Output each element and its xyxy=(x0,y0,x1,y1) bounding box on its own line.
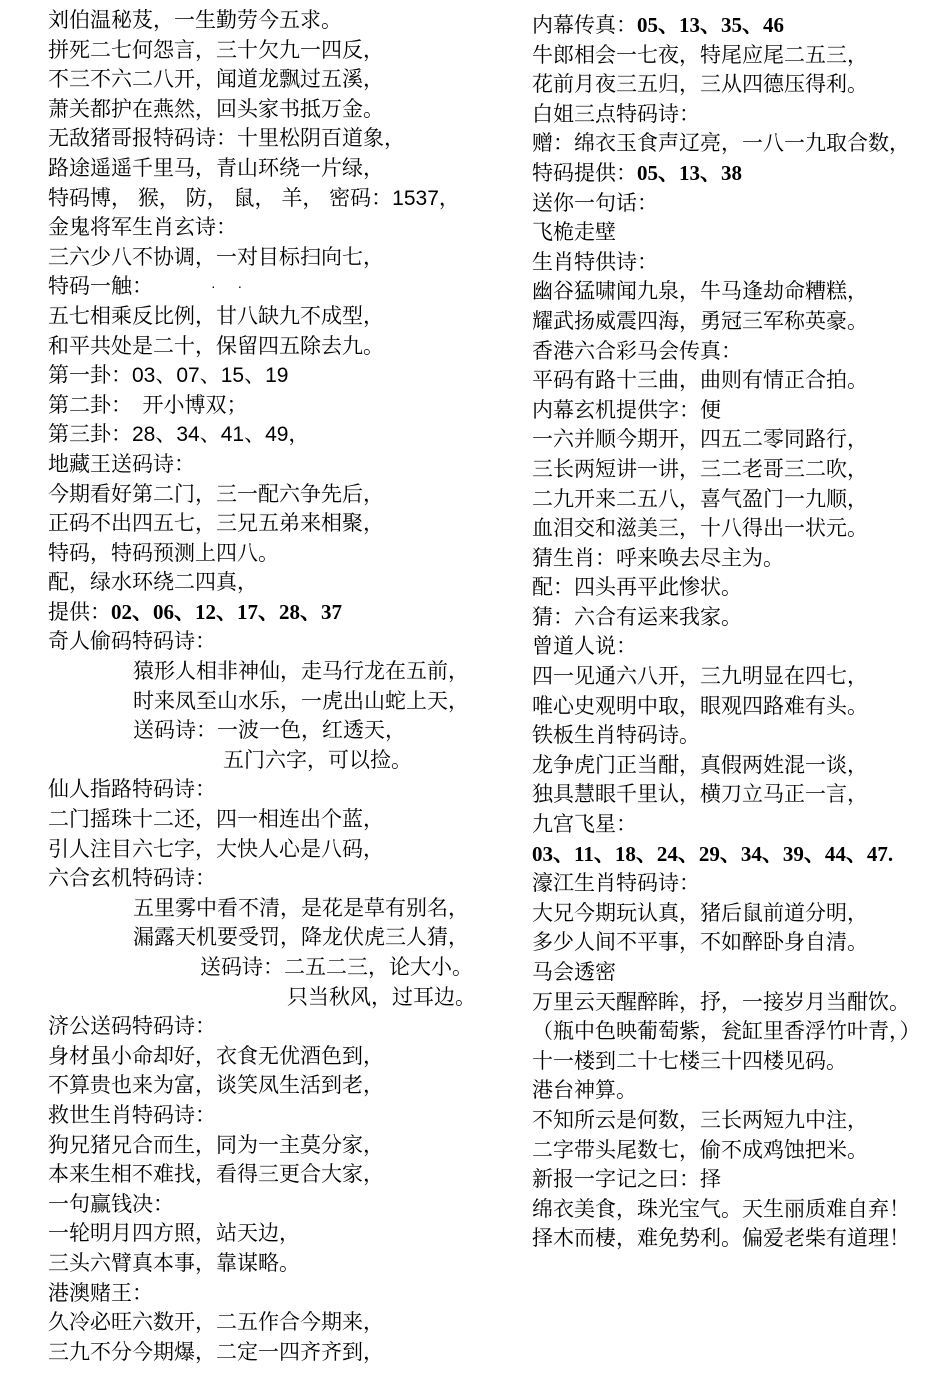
text-segment: 猜：六合有运来我家。 xyxy=(532,606,742,629)
text-segment: 猜生肖：呼来唤去尽主为。 xyxy=(532,547,784,570)
text-segment: 引人注目六七字，大快人心是八码， xyxy=(48,838,384,861)
text-segment: 曾道人说： xyxy=(532,635,637,658)
text-segment: 五七相乘反比例，甘八缺九不成型， xyxy=(48,305,384,328)
text-line: 身材虽小命却好，衣食无优酒色到， xyxy=(48,1042,508,1072)
text-line: 刘伯温秘芨，一生勤劳今五求。 xyxy=(48,6,508,36)
text-segment: 五里雾中看不清，是花是草有别名， xyxy=(133,897,469,920)
text-segment: 绵衣美食，珠光宝气。天生丽质难自弃！ xyxy=(532,1198,910,1221)
text-segment: 四一见通六八开，三九明显在四七， xyxy=(532,665,868,688)
text-line: 漏露天机要受罚，降龙伏虎三人猜， xyxy=(48,923,508,953)
text-line: 大兄今期玩认真，猪后鼠前道分明， xyxy=(532,899,932,929)
text-line: 路途遥遥千里马，青山环绕一片绿， xyxy=(48,154,508,184)
right-column: 内幕传真：05、13、35、46牛郎相会一七夜，特尾应尾二五三，花前月夜三五归，… xyxy=(532,11,932,1254)
text-segment: 送你一句话： xyxy=(532,192,658,215)
text-line: 拼死二七何怨言，三十欠九一四反， xyxy=(48,36,508,66)
text-segment: 飞桅走壁 xyxy=(532,221,616,244)
text-segment: 只当秋风，过耳边。 xyxy=(287,986,476,1009)
text-segment: 濠江生肖特码诗： xyxy=(532,872,700,895)
text-segment: 内幕玄机提供字：便 xyxy=(532,399,721,422)
text-segment: 萧关都护在燕然，回头家书抵万金。 xyxy=(48,98,384,121)
text-line: 血泪交和滋美三，十八得出一状元。 xyxy=(532,514,932,544)
text-line: 猜：六合有运来我家。 xyxy=(532,603,932,633)
text-line: 特码，特码预测上四八。 xyxy=(48,539,508,569)
text-segment: 香港六合彩马会传真： xyxy=(532,340,742,363)
text-segment: 本来生相不难找，看得三更合大家， xyxy=(48,1163,384,1186)
text-segment: 拼死二七何怨言，三十欠九一四反， xyxy=(48,39,384,62)
text-segment: 三头六臂真本事，靠谋略。 xyxy=(48,1252,300,1275)
text-line: 第一卦：03、07、15、19 xyxy=(48,361,508,391)
text-line: 平码有路十三曲，曲则有情正合拍。 xyxy=(532,366,932,396)
text-segment: 久冷必旺六数开，二五作合今期来， xyxy=(48,1311,384,1334)
text-line: 不三不六二八开，闻道龙飘过五溪， xyxy=(48,65,508,95)
text-line: 送你一句话： xyxy=(532,189,932,219)
text-line: 奇人偷码特码诗： xyxy=(48,627,508,657)
text-segment: 二九开来二五八，喜气盈门一九顺， xyxy=(532,488,868,511)
text-segment: 港澳赌王： xyxy=(48,1282,153,1305)
text-segment: 内幕传真： xyxy=(532,14,637,37)
text-line: 多少人间不平事，不如醉卧身自清。 xyxy=(532,928,932,958)
text-segment: 奇人偷码特码诗： xyxy=(48,630,216,653)
bold-numbers: 03、11、18、24、29、34、39、44、47. xyxy=(532,842,893,866)
text-line: 择木而棲，难免势利。偏爱老柴有道理！ xyxy=(532,1224,932,1254)
text-line: 正码不出四五七，三兄五弟来相聚， xyxy=(48,509,508,539)
text-segment: 特码，特码预测上四八。 xyxy=(48,542,279,565)
text-line: 内幕传真：05、13、35、46 xyxy=(532,11,932,41)
document-page: 刘伯温秘芨，一生勤劳今五求。拼死二七何怨言，三十欠九一四反，不三不六二八开，闻道… xyxy=(0,0,935,1388)
text-line: 九宫飞星： xyxy=(532,810,932,840)
text-line: 龙争虎门正当酣，真假两姓混一谈， xyxy=(532,751,932,781)
text-line: 时来凤至山水乐，一虎出山蛇上天， xyxy=(48,687,508,717)
text-segment: 仙人指路特码诗： xyxy=(48,778,216,801)
text-segment: 多少人间不平事，不如醉卧身自清。 xyxy=(532,931,868,954)
text-segment: 血泪交和滋美三，十八得出一状元。 xyxy=(532,517,868,540)
text-line: 不算贵也来为富，谈笑凤生活到老， xyxy=(48,1071,508,1101)
text-segment: 配，绿水环绕二四真， xyxy=(48,571,258,594)
bold-numbers: 02、06、12、17、28、37 xyxy=(111,600,342,624)
text-line: 濠江生肖特码诗： xyxy=(532,869,932,899)
text-segment: 和平共处是二十，保留四五除去九。 xyxy=(48,335,384,358)
text-segment: 一句赢钱决： xyxy=(48,1193,174,1216)
text-line: 新报一字记之曰：择 xyxy=(532,1165,932,1195)
text-segment: 白姐三点特码诗： xyxy=(532,103,700,126)
text-segment: 送码诗：二五二三，论大小。 xyxy=(200,956,473,979)
text-segment: 三九不分今期爆，二定一四齐齐到， xyxy=(48,1341,384,1364)
text-line: 唯心史观明中取，眼观四路难有头。 xyxy=(532,692,932,722)
text-segment: 送码诗：一波一色，红透天， xyxy=(133,719,406,742)
text-segment: 提供： xyxy=(48,601,111,624)
text-line: 五门六字，可以捡。 xyxy=(48,746,508,776)
text-segment: 地藏王送码诗： xyxy=(48,453,195,476)
text-segment: 龙争虎门正当酣，真假两姓混一谈， xyxy=(532,754,868,777)
text-line: 不知所云是何数，三长两短九中注， xyxy=(532,1106,932,1136)
text-line: 本来生相不难找，看得三更合大家， xyxy=(48,1160,508,1190)
text-line: 配，绿水环绕二四真， xyxy=(48,568,508,598)
text-line: 狗兄猪兄合而生，同为一主莫分家， xyxy=(48,1131,508,1161)
text-line: 港澳赌王： xyxy=(48,1279,508,1309)
text-line: 救世生肖特码诗： xyxy=(48,1101,508,1131)
text-segment: 三长两短讲一讲，三二老哥三二吹， xyxy=(532,458,868,481)
text-segment: （瓶中色映葡萄紫，瓮缸里香浮竹叶青，） xyxy=(532,1020,921,1043)
text-line: 三九不分今期爆，二定一四齐齐到， xyxy=(48,1338,508,1368)
text-line: 和平共处是二十，保留四五除去九。 xyxy=(48,332,508,362)
text-segment: 港台神算。 xyxy=(532,1079,637,1102)
text-line: 赠：绵衣玉食声辽亮，一八一九取合数， xyxy=(532,129,932,159)
text-segment: 唯心史观明中取，眼观四路难有头。 xyxy=(532,695,868,718)
text-segment: 时来凤至山水乐，一虎出山蛇上天， xyxy=(133,690,469,713)
text-line: 绵衣美食，珠光宝气。天生丽质难自弃！ xyxy=(532,1195,932,1225)
bold-numbers: 05、13、35、46 xyxy=(637,13,784,37)
text-line: 配：四头再平此惨状。 xyxy=(532,573,932,603)
text-segment: 特码一触： xyxy=(48,275,153,298)
text-line: 内幕玄机提供字：便 xyxy=(532,396,932,426)
text-segment: 牛郎相会一七夜，特尾应尾二五三， xyxy=(532,44,868,67)
text-line: 送码诗：二五二三，论大小。 xyxy=(48,953,508,983)
text-line: 二字带头尾数七，偷不成鸡蚀把米。 xyxy=(532,1136,932,1166)
text-segment: 马会透密 xyxy=(532,961,616,984)
text-line: 曾道人说： xyxy=(532,632,932,662)
text-segment: 六合玄机特码诗： xyxy=(48,867,216,890)
text-line: （瓶中色映葡萄紫，瓮缸里香浮竹叶青，） xyxy=(532,1017,932,1047)
text-line: 万里云天醒醉眸，抒，一接岁月当酣饮。 xyxy=(532,988,932,1018)
text-line: 萧关都护在燕然，回头家书抵万金。 xyxy=(48,95,508,125)
text-line: 无敌猪哥报特码诗：十里松阴百道象， xyxy=(48,124,508,154)
text-line: 仙人指路特码诗： xyxy=(48,775,508,805)
text-segment: 花前月夜三五归，三从四德压得利。 xyxy=(532,73,868,96)
text-segment: 不算贵也来为富，谈笑凤生活到老， xyxy=(48,1074,384,1097)
text-segment: 救世生肖特码诗： xyxy=(48,1104,216,1127)
text-segment: 狗兄猪兄合而生，同为一主莫分家， xyxy=(48,1134,384,1157)
text-line: 独具慧眼千里认，横刀立马正一言， xyxy=(532,780,932,810)
text-line: 二门摇珠十二还，四一相连出个蓝， xyxy=(48,805,508,835)
text-segment: 特码提供： xyxy=(532,162,637,185)
text-segment: 漏露天机要受罚，降龙伏虎三人猜， xyxy=(133,926,469,949)
text-line: 只当秋风，过耳边。 xyxy=(48,983,508,1013)
text-segment: 十一楼到二十七楼三十四楼见码。 xyxy=(532,1050,847,1073)
text-line: 白姐三点特码诗： xyxy=(532,100,932,130)
text-segment: 三六少八不协调，一对目标扫向七， xyxy=(48,246,384,269)
text-line: 今期看好第二门，三一配六争先后， xyxy=(48,480,508,510)
left-column: 刘伯温秘芨，一生勤劳今五求。拼死二七何怨言，三十欠九一四反，不三不六二八开，闻道… xyxy=(48,6,508,1367)
text-segment: 大兄今期玩认真，猪后鼠前道分明， xyxy=(532,902,868,925)
text-segment: 不三不六二八开，闻道龙飘过五溪， xyxy=(48,68,384,91)
text-line: 一轮明月四方照，站天边， xyxy=(48,1219,508,1249)
text-line: 一六并顺今期开，四五二零同路行， xyxy=(532,425,932,455)
text-line: 马会透密 xyxy=(532,958,932,988)
text-line: 送码诗：一波一色，红透天， xyxy=(48,716,508,746)
text-segment: 一六并顺今期开，四五二零同路行， xyxy=(532,428,868,451)
text-line: 地藏王送码诗： xyxy=(48,450,508,480)
text-segment: 身材虽小命却好，衣食无优酒色到， xyxy=(48,1045,384,1068)
stray-ink-dots: · · xyxy=(211,278,251,294)
text-segment: 新报一字记之曰：择 xyxy=(532,1168,721,1191)
text-segment: 赠：绵衣玉食声辽亮，一八一九取合数， xyxy=(532,132,910,155)
text-line: 飞桅走壁 xyxy=(532,218,932,248)
text-line: 十一楼到二十七楼三十四楼见码。 xyxy=(532,1047,932,1077)
text-line: 铁板生肖特码诗。 xyxy=(532,721,932,751)
text-line: 猿形人相非神仙，走马行龙在五前， xyxy=(48,657,508,687)
text-segment: 万里云天醒醉眸，抒，一接岁月当酣饮。 xyxy=(532,991,910,1014)
text-line: 耀武扬威震四海，勇冠三军称英豪。 xyxy=(532,307,932,337)
text-segment: 路途遥遥千里马，青山环绕一片绿， xyxy=(48,157,384,180)
text-segment: 二字带头尾数七，偷不成鸡蚀把米。 xyxy=(532,1139,868,1162)
text-segment: 幽谷猛啸闻九泉，牛马逢劫命糟糕， xyxy=(532,280,868,303)
text-line: 六合玄机特码诗： xyxy=(48,864,508,894)
text-line: 济公送码特码诗： xyxy=(48,1012,508,1042)
text-line: 第三卦：28、34、41、49， xyxy=(48,420,508,450)
text-segment: 刘伯温秘芨，一生勤劳今五求。 xyxy=(48,9,342,32)
text-segment: 无敌猪哥报特码诗：十里松阴百道象， xyxy=(48,127,405,150)
text-line: 特码博， 猴， 防， 鼠， 羊， 密码：1537， xyxy=(48,184,508,214)
text-line: 港台神算。 xyxy=(532,1076,932,1106)
text-segment: 择木而棲，难免势利。偏爱老柴有道理！ xyxy=(532,1227,910,1250)
text-line: 三长两短讲一讲，三二老哥三二吹， xyxy=(532,455,932,485)
text-line: 特码提供：05、13、38 xyxy=(532,159,932,189)
text-line: 提供：02、06、12、17、28、37 xyxy=(48,598,508,628)
text-segment: 正码不出四五七，三兄五弟来相聚， xyxy=(48,512,384,535)
text-segment: 不知所云是何数，三长两短九中注， xyxy=(532,1109,868,1132)
text-line: 四一见通六八开，三九明显在四七， xyxy=(532,662,932,692)
text-line: 引人注目六七字，大快人心是八码， xyxy=(48,835,508,865)
text-line: 金鬼将军生肖玄诗： xyxy=(48,213,508,243)
text-segment: 配：四头再平此惨状。 xyxy=(532,576,742,599)
text-line: 三头六臂真本事，靠谋略。 xyxy=(48,1249,508,1279)
text-line: 特码一触： xyxy=(48,272,508,302)
text-line: 第二卦： 开小博双； xyxy=(48,391,508,421)
text-segment: 济公送码特码诗： xyxy=(48,1015,216,1038)
text-segment: 今期看好第二门，三一配六争先后， xyxy=(48,483,384,506)
text-segment: 金鬼将军生肖玄诗： xyxy=(48,216,237,239)
text-line: 牛郎相会一七夜，特尾应尾二五三， xyxy=(532,41,932,71)
text-line: 生肖特供诗： xyxy=(532,248,932,278)
text-segment: 猿形人相非神仙，走马行龙在五前， xyxy=(133,660,469,683)
text-line: 五里雾中看不清，是花是草有别名， xyxy=(48,894,508,924)
text-segment: 铁板生肖特码诗。 xyxy=(532,724,700,747)
text-segment: 九宫飞星： xyxy=(532,813,637,836)
text-segment: 特码博， 猴， 防， 鼠， 羊， 密码：1537， xyxy=(48,187,460,210)
text-line: 久冷必旺六数开，二五作合今期来， xyxy=(48,1308,508,1338)
text-line: 猜生肖：呼来唤去尽主为。 xyxy=(532,544,932,574)
text-line: 花前月夜三五归，三从四德压得利。 xyxy=(532,70,932,100)
text-segment: 平码有路十三曲，曲则有情正合拍。 xyxy=(532,369,868,392)
text-line: 幽谷猛啸闻九泉，牛马逢劫命糟糕， xyxy=(532,277,932,307)
text-line: 一句赢钱决： xyxy=(48,1190,508,1220)
text-segment: 第一卦：03、07、15、19 xyxy=(48,364,288,387)
text-segment: 二门摇珠十二还，四一相连出个蓝， xyxy=(48,808,384,831)
text-segment: 五门六字，可以捡。 xyxy=(223,749,412,772)
text-line: 三六少八不协调，一对目标扫向七， xyxy=(48,243,508,273)
bold-numbers: 05、13、38 xyxy=(637,161,742,185)
text-line: 二九开来二五八，喜气盈门一九顺， xyxy=(532,485,932,515)
text-line: 五七相乘反比例，甘八缺九不成型， xyxy=(48,302,508,332)
text-line: 03、11、18、24、29、34、39、44、47. xyxy=(532,840,932,870)
text-segment: 第三卦：28、34、41、49， xyxy=(48,423,309,446)
text-segment: 生肖特供诗： xyxy=(532,251,658,274)
text-segment: 耀武扬威震四海，勇冠三军称英豪。 xyxy=(532,310,868,333)
text-segment: 一轮明月四方照，站天边， xyxy=(48,1222,300,1245)
text-segment: 独具慧眼千里认，横刀立马正一言， xyxy=(532,783,868,806)
text-segment: 第二卦： 开小博双； xyxy=(48,394,248,417)
text-line: 香港六合彩马会传真： xyxy=(532,337,932,367)
